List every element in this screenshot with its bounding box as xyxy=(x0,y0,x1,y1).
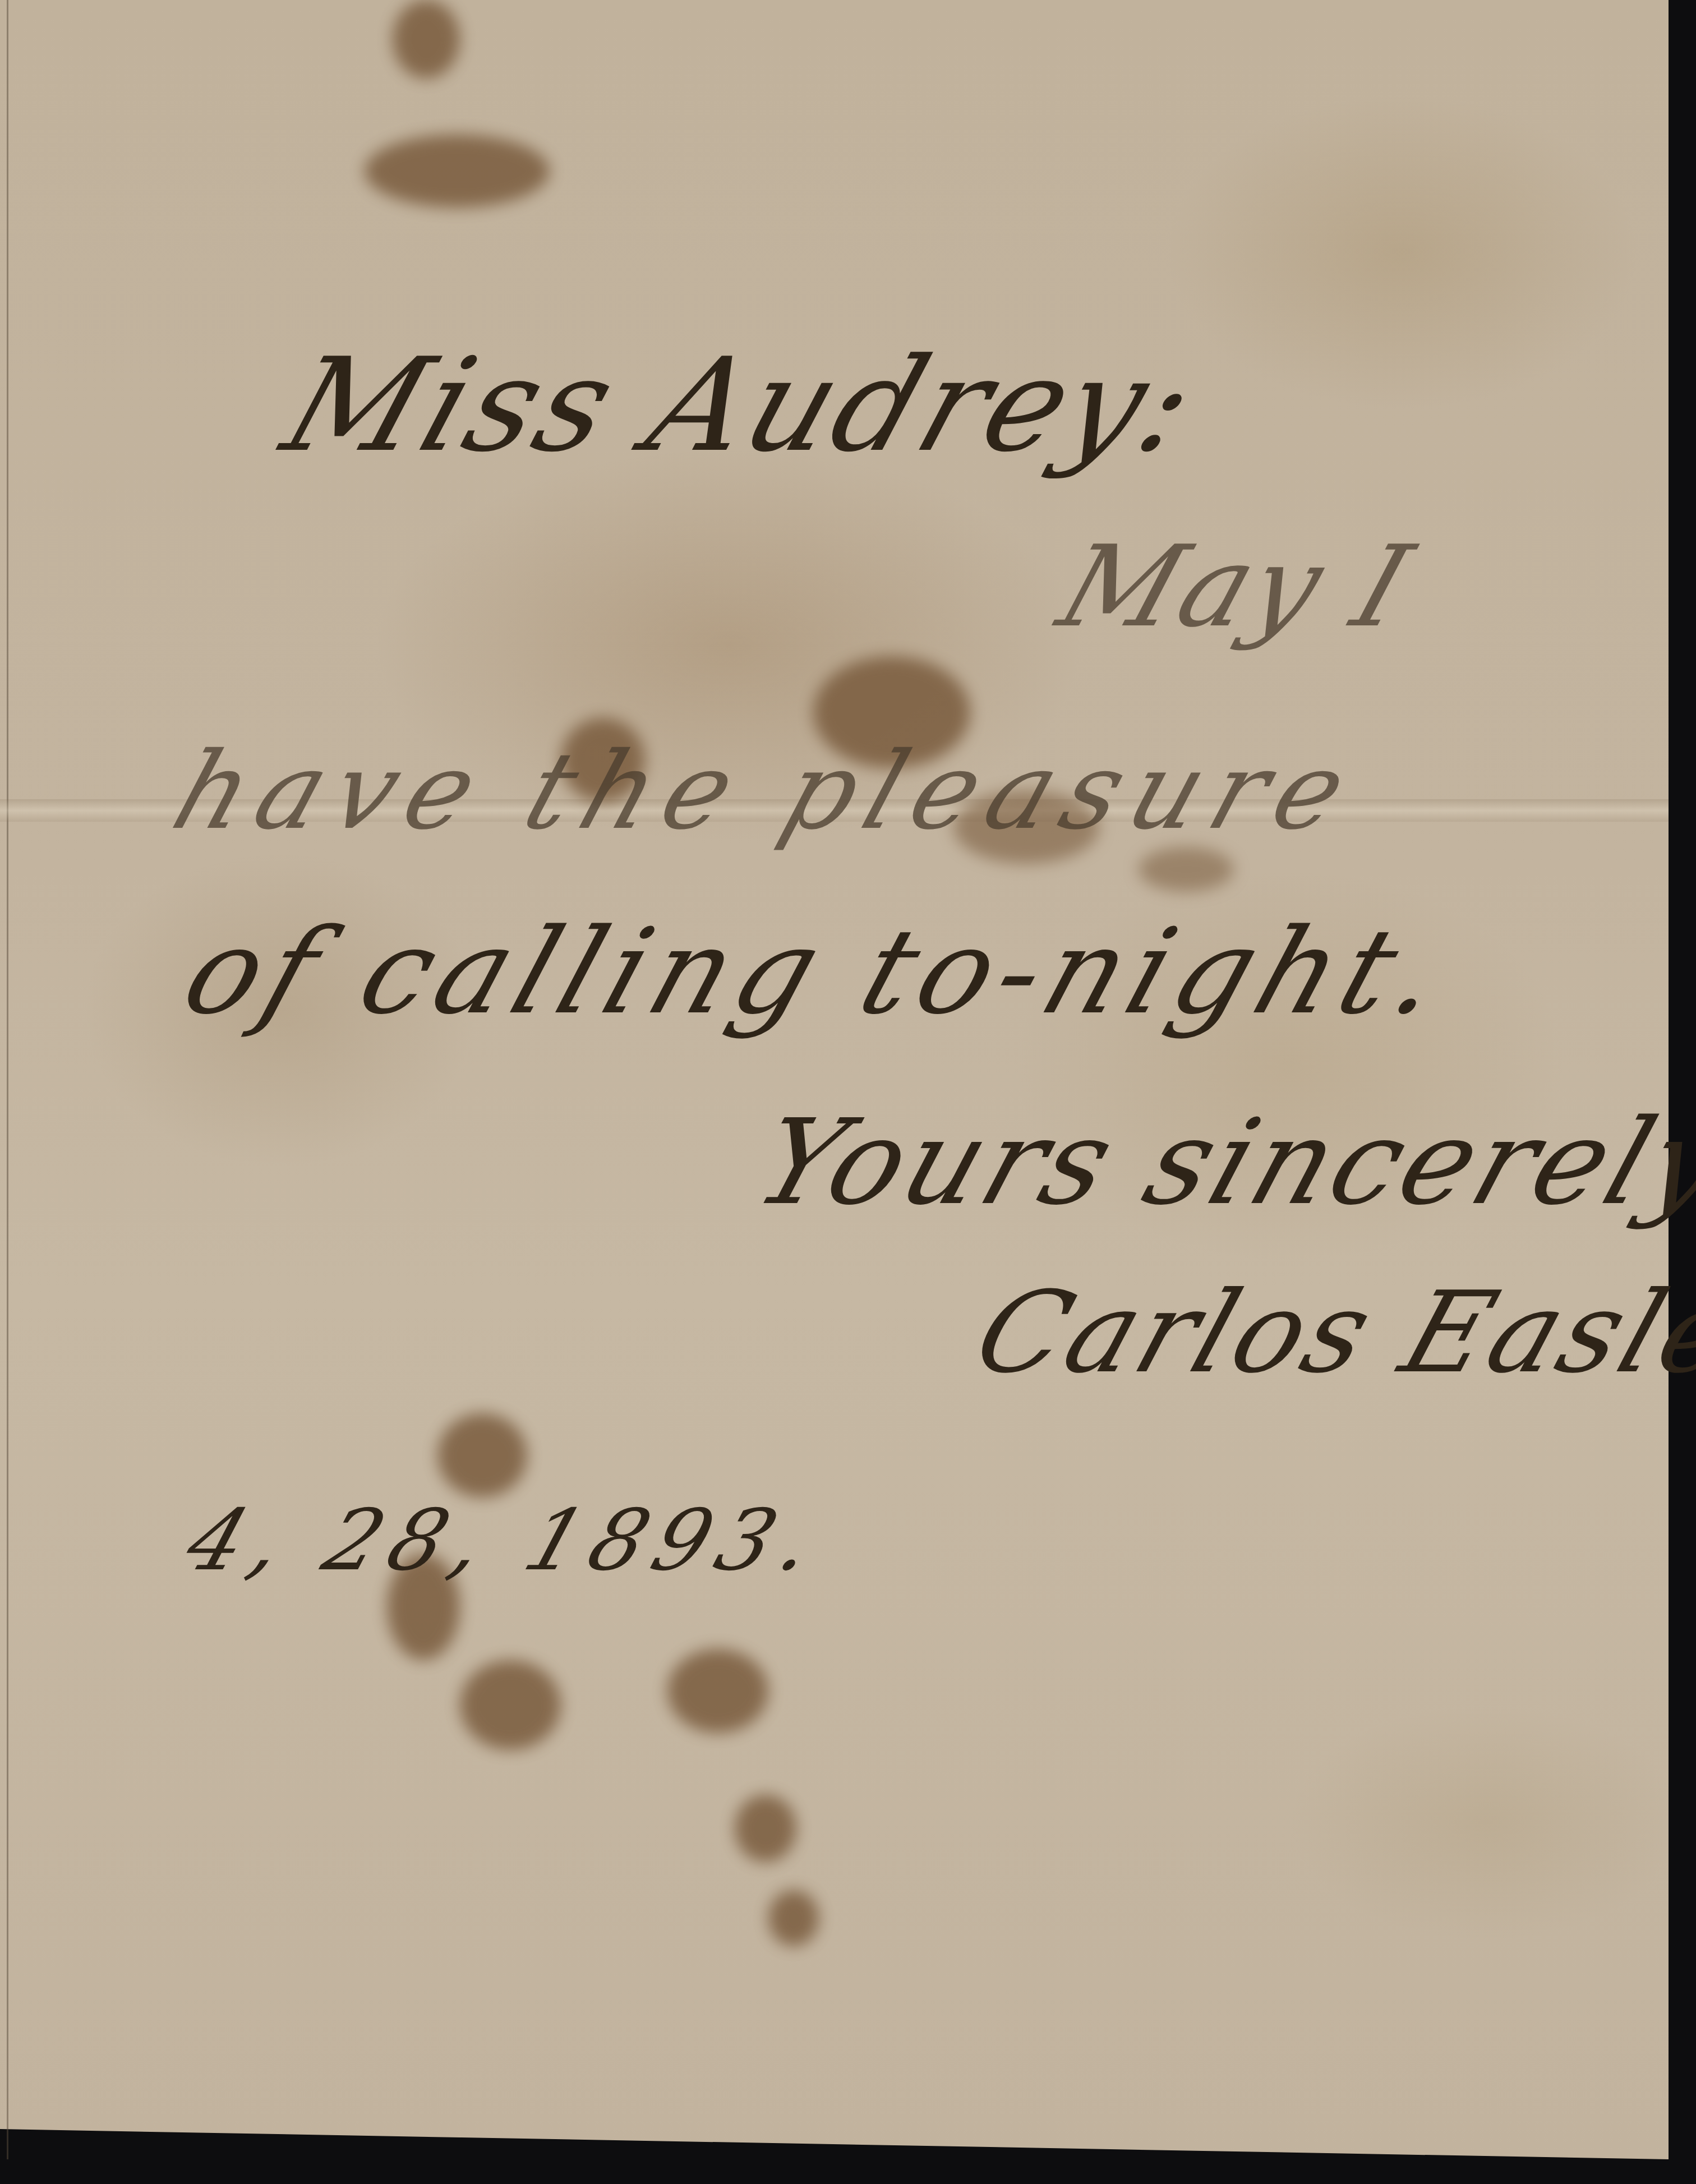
body-line-3: of calling to-night. xyxy=(168,903,1467,1040)
ink-stain xyxy=(437,1413,527,1498)
body-line-1: May I xyxy=(1044,522,1428,652)
ink-stain xyxy=(460,1660,561,1750)
ink-stain xyxy=(667,1649,768,1733)
paper-edge-crease xyxy=(7,0,8,2159)
date: 4, 28, 1893. xyxy=(175,1492,836,1589)
ink-stain xyxy=(1139,847,1234,892)
body-line-2: have the pleasure xyxy=(159,729,1373,853)
ink-stain xyxy=(768,1890,819,1946)
closing: Yours sincerely xyxy=(740,1094,1696,1231)
ink-stain xyxy=(365,135,550,208)
ink-stain xyxy=(393,0,460,79)
salutation: Miss Audrey: xyxy=(268,331,1216,481)
signature: Carlos Easley xyxy=(960,1268,1696,1398)
letter-paper xyxy=(0,0,1669,2159)
ink-stain xyxy=(735,1795,796,1862)
